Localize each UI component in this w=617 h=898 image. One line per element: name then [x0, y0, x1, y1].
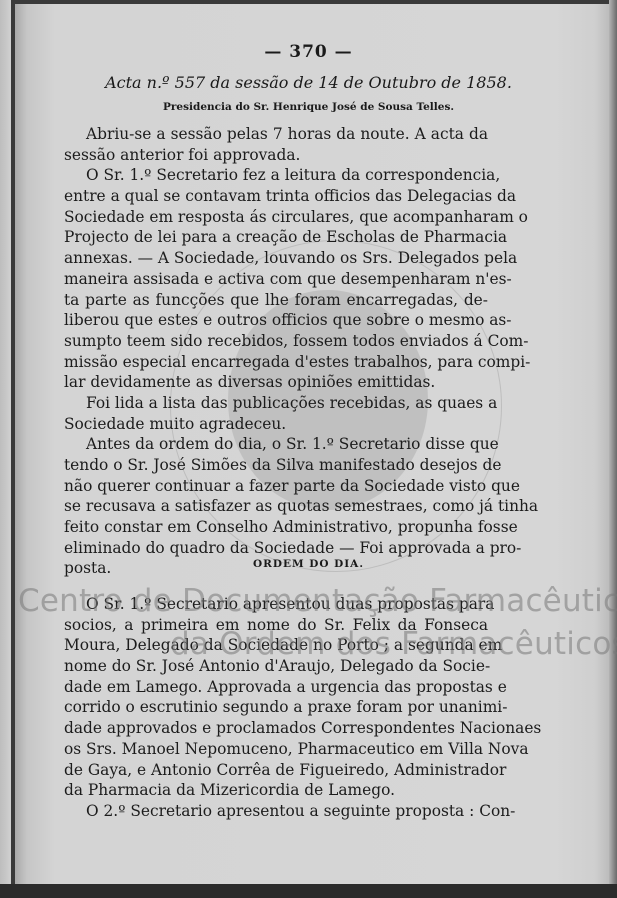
text-line: da Pharmacia da Mizericordia de Lamego.	[64, 780, 488, 801]
text-line: tendo o Sr. José Simões da Silva manifes…	[64, 455, 488, 476]
text-line: liberou que estes e outros officios que …	[64, 310, 488, 331]
document-title: Acta n.º 557 da sessão de 14 de Outubro …	[0, 73, 617, 92]
section-heading: ORDEM DO DIA.	[0, 558, 617, 570]
text-line: dade approvados e proclamados Correspond…	[64, 718, 488, 739]
text-line: se recusava a satisfazer as quotas semes…	[64, 496, 488, 517]
text-line: Sociedade em resposta ás circulares, que…	[64, 207, 488, 228]
text-line: Foi lida a lista das publicações recebid…	[64, 393, 488, 414]
text-line: Projecto de lei para a creação de Eschol…	[64, 227, 488, 248]
previous-page-margin	[0, 0, 11, 898]
watermark-line-1: Centro de Documentação Farmacêutica	[18, 583, 617, 619]
text-line: os Srs. Manoel Nepomuceno, Pharmaceutico…	[64, 739, 488, 760]
text-line: missão especial encarregada d'estes trab…	[64, 352, 488, 373]
text-line: O 2.º Secretario apresentou a seguinte p…	[64, 801, 488, 822]
text-line: ta parte as funcções que lhe foram encar…	[64, 290, 488, 311]
text-line: sessão anterior foi approvada.	[64, 145, 488, 166]
text-line: não querer continuar a fazer parte da So…	[64, 476, 488, 497]
text-line: entre a qual se contavam trinta officios…	[64, 186, 488, 207]
presidency-subtitle: Presidencia do Sr. Henrique José de Sous…	[0, 101, 617, 113]
text-line: feito constar em Conselho Administrativo…	[64, 517, 488, 538]
text-line: Antes da ordem do dia, o Sr. 1.º Secreta…	[64, 434, 488, 455]
scanned-page-background: — 370 — Acta n.º 557 da sessão de 14 de …	[0, 0, 617, 898]
text-line: sumpto teem sido recebidos, fossem todos…	[64, 331, 488, 352]
text-line: corrido o escrutinio segundo a praxe for…	[64, 697, 488, 718]
minutes-body-block1: Abriu-se a sessão pelas 7 horas da noute…	[64, 124, 488, 579]
text-line: Abriu-se a sessão pelas 7 horas da noute…	[64, 124, 488, 145]
watermark-line-2: da Ordem dos Farmacêuticos	[170, 626, 617, 662]
text-line: de Gaya, e Antonio Corrêa de Figueiredo,…	[64, 760, 488, 781]
page-number: — 370 —	[0, 42, 617, 62]
text-line: maneira assisada e activa com que desemp…	[64, 269, 488, 290]
text-line: eliminado do quadro da Sociedade — Foi a…	[64, 538, 488, 559]
text-line: Sociedade muito agradeceu.	[64, 414, 488, 435]
text-line: lar devidamente as diversas opiniões emi…	[64, 372, 488, 393]
page-bottom-edge	[0, 884, 617, 898]
page-right-edge	[609, 0, 617, 898]
text-line: annexas. — A Sociedade, louvando os Srs.…	[64, 248, 488, 269]
text-line: dade em Lamego. Approvada a urgencia das…	[64, 677, 488, 698]
text-line: O Sr. 1.º Secretario fez a leitura da co…	[64, 165, 488, 186]
